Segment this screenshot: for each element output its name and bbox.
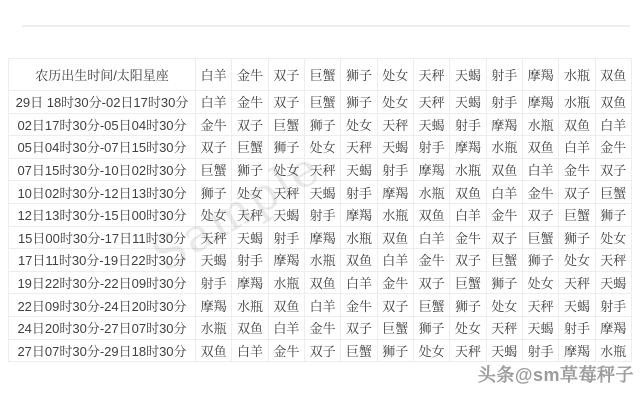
column-header-zodiac: 天蝎 <box>450 59 486 91</box>
zodiac-cell: 狮子 <box>413 316 449 339</box>
zodiac-cell: 射手 <box>341 181 377 204</box>
zodiac-cell: 双鱼 <box>450 181 486 204</box>
zodiac-cell: 白羊 <box>486 181 522 204</box>
zodiac-cell: 双子 <box>595 158 631 181</box>
credit-watermark: 头条@sm草莓秤子 <box>478 361 634 387</box>
zodiac-cell: 摩羯 <box>522 91 558 114</box>
zodiac-cell: 白羊 <box>450 203 486 226</box>
zodiac-cell: 处女 <box>450 316 486 339</box>
time-range-cell: 24日20时30分-27日07时30分 <box>9 316 196 339</box>
zodiac-cell: 双子 <box>413 271 449 294</box>
zodiac-cell: 狮子 <box>486 271 522 294</box>
zodiac-cell: 摩羯 <box>196 294 232 317</box>
zodiac-cell: 天秤 <box>232 203 268 226</box>
zodiac-cell: 双子 <box>232 113 268 136</box>
table-row: 29日 18时30分-02日17时30分白羊金牛双子巨蟹狮子处女天秤天蝎射手摩羯… <box>9 91 632 114</box>
time-range-cell: 29日 18时30分-02日17时30分 <box>9 91 196 114</box>
zodiac-table: 农历出生时间/太阳星座白羊金牛双子巨蟹狮子处女天秤天蝎射手摩羯水瓶双鱼 29日 … <box>8 58 632 362</box>
zodiac-cell: 水瓶 <box>450 158 486 181</box>
zodiac-cell: 巨蟹 <box>377 316 413 339</box>
zodiac-cell: 天蝎 <box>268 203 304 226</box>
zodiac-cell: 天蝎 <box>450 91 486 114</box>
zodiac-cell: 双鱼 <box>268 294 304 317</box>
zodiac-cell: 双子 <box>522 203 558 226</box>
zodiac-cell: 双鱼 <box>413 203 449 226</box>
column-header-zodiac: 双子 <box>268 59 304 91</box>
table-row: 27日07时30分-29日18时30分双鱼白羊金牛双子巨蟹狮子处女天秤天蝎射手摩… <box>9 339 632 362</box>
zodiac-cell: 双鱼 <box>196 339 232 362</box>
zodiac-cell: 射手 <box>413 136 449 159</box>
zodiac-cell: 射手 <box>304 203 340 226</box>
zodiac-cell: 白羊 <box>377 249 413 272</box>
zodiac-cell: 天秤 <box>196 226 232 249</box>
zodiac-cell: 射手 <box>377 158 413 181</box>
zodiac-cell: 白羊 <box>196 91 232 114</box>
zodiac-cell: 摩羯 <box>304 226 340 249</box>
zodiac-cell: 处女 <box>341 113 377 136</box>
zodiac-cell: 狮子 <box>559 226 595 249</box>
zodiac-cell: 水瓶 <box>268 271 304 294</box>
zodiac-cell: 天蝎 <box>304 181 340 204</box>
time-range-cell: 12日13时30分-15日00时30分 <box>9 203 196 226</box>
zodiac-cell: 金牛 <box>413 249 449 272</box>
zodiac-cell: 巨蟹 <box>486 249 522 272</box>
zodiac-cell: 天秤 <box>304 158 340 181</box>
zodiac-cell: 狮子 <box>522 249 558 272</box>
column-header-zodiac: 天秤 <box>413 59 449 91</box>
header-row: 农历出生时间/太阳星座白羊金牛双子巨蟹狮子处女天秤天蝎射手摩羯水瓶双鱼 <box>9 59 632 91</box>
zodiac-cell: 巨蟹 <box>595 181 631 204</box>
column-header-zodiac: 水瓶 <box>559 59 595 91</box>
zodiac-cell: 双子 <box>559 181 595 204</box>
zodiac-cell: 摩羯 <box>486 113 522 136</box>
column-header-zodiac: 处女 <box>377 59 413 91</box>
column-header-zodiac: 双鱼 <box>595 59 631 91</box>
zodiac-cell: 巨蟹 <box>341 339 377 362</box>
zodiac-cell: 白羊 <box>413 226 449 249</box>
zodiac-cell: 天蝎 <box>522 316 558 339</box>
zodiac-cell: 水瓶 <box>559 91 595 114</box>
zodiac-cell: 摩羯 <box>559 339 595 362</box>
zodiac-cell: 金牛 <box>268 339 304 362</box>
zodiac-cell: 射手 <box>268 226 304 249</box>
time-range-cell: 27日07时30分-29日18时30分 <box>9 339 196 362</box>
zodiac-cell: 天秤 <box>595 249 631 272</box>
zodiac-cell: 狮子 <box>450 294 486 317</box>
zodiac-cell: 天秤 <box>522 294 558 317</box>
zodiac-cell: 射手 <box>522 339 558 362</box>
zodiac-cell: 金牛 <box>559 158 595 181</box>
column-header-zodiac: 巨蟹 <box>304 59 340 91</box>
zodiac-cell: 水瓶 <box>486 136 522 159</box>
zodiac-cell: 天蝎 <box>232 226 268 249</box>
zodiac-cell: 处女 <box>196 203 232 226</box>
zodiac-cell: 摩羯 <box>377 181 413 204</box>
time-range-cell: 19日22时30分-22日09时30分 <box>9 271 196 294</box>
zodiac-cell: 天蝎 <box>377 136 413 159</box>
time-range-cell: 02日17时30分-05日04时30分 <box>9 113 196 136</box>
column-header-zodiac: 射手 <box>486 59 522 91</box>
time-range-cell: 10日02时30分-12日13时30分 <box>9 181 196 204</box>
zodiac-cell: 狮子 <box>268 136 304 159</box>
zodiac-cell: 白羊 <box>304 294 340 317</box>
zodiac-cell: 处女 <box>232 181 268 204</box>
zodiac-cell: 巨蟹 <box>559 203 595 226</box>
column-header-zodiac: 金牛 <box>232 59 268 91</box>
zodiac-cell: 天蝎 <box>559 294 595 317</box>
table-header: 农历出生时间/太阳星座白羊金牛双子巨蟹狮子处女天秤天蝎射手摩羯水瓶双鱼 <box>9 59 632 91</box>
zodiac-cell: 白羊 <box>559 136 595 159</box>
zodiac-cell: 金牛 <box>522 181 558 204</box>
zodiac-cell: 摩羯 <box>341 203 377 226</box>
zodiac-cell: 巨蟹 <box>268 113 304 136</box>
zodiac-cell: 摩羯 <box>232 271 268 294</box>
zodiac-table-container: 农历出生时间/太阳星座白羊金牛双子巨蟹狮子处女天秤天蝎射手摩羯水瓶双鱼 29日 … <box>8 58 632 362</box>
zodiac-cell: 金牛 <box>377 271 413 294</box>
zodiac-cell: 巨蟹 <box>304 91 340 114</box>
table-row: 15日00时30分-17日11时30分天秤天蝎射手摩羯水瓶双鱼白羊金牛双子巨蟹狮… <box>9 226 632 249</box>
table-row: 22日09时30分-24日20时30分摩羯水瓶双鱼白羊金牛双子巨蟹狮子处女天秤天… <box>9 294 632 317</box>
zodiac-cell: 双鱼 <box>559 113 595 136</box>
table-row: 02日17时30分-05日04时30分金牛双子巨蟹狮子处女天秤天蝎射手摩羯水瓶双… <box>9 113 632 136</box>
table-row: 17日11时30分-19日22时30分天蝎射手摩羯水瓶双鱼白羊金牛双子巨蟹狮子处… <box>9 249 632 272</box>
zodiac-cell: 金牛 <box>341 294 377 317</box>
zodiac-cell: 金牛 <box>196 113 232 136</box>
zodiac-cell: 金牛 <box>304 316 340 339</box>
zodiac-cell: 天蝎 <box>413 113 449 136</box>
zodiac-cell: 狮子 <box>341 91 377 114</box>
table-row: 19日22时30分-22日09时30分射手摩羯水瓶双鱼白羊金牛双子巨蟹狮子处女天… <box>9 271 632 294</box>
zodiac-cell: 白羊 <box>268 316 304 339</box>
zodiac-cell: 白羊 <box>232 339 268 362</box>
zodiac-cell: 水瓶 <box>413 181 449 204</box>
zodiac-cell: 天秤 <box>413 91 449 114</box>
zodiac-cell: 狮子 <box>595 203 631 226</box>
zodiac-cell: 处女 <box>377 91 413 114</box>
time-range-cell: 15日00时30分-17日11时30分 <box>9 226 196 249</box>
zodiac-cell: 处女 <box>559 249 595 272</box>
zodiac-cell: 巨蟹 <box>522 226 558 249</box>
zodiac-cell: 摩羯 <box>268 249 304 272</box>
table-row: 24日20时30分-27日07时30分水瓶双鱼白羊金牛双子巨蟹狮子处女天秤天蝎射… <box>9 316 632 339</box>
zodiac-cell: 狮子 <box>232 158 268 181</box>
zodiac-cell: 巨蟹 <box>232 136 268 159</box>
zodiac-cell: 处女 <box>595 226 631 249</box>
zodiac-cell: 水瓶 <box>341 226 377 249</box>
zodiac-cell: 双子 <box>377 294 413 317</box>
zodiac-cell: 水瓶 <box>304 249 340 272</box>
zodiac-cell: 金牛 <box>595 136 631 159</box>
table-row: 07日15时30分-10日02时30分巨蟹狮子处女天秤天蝎射手摩羯水瓶双鱼白羊金… <box>9 158 632 181</box>
zodiac-cell: 天秤 <box>341 136 377 159</box>
zodiac-cell: 双鱼 <box>341 249 377 272</box>
zodiac-cell: 巨蟹 <box>450 271 486 294</box>
zodiac-cell: 双鱼 <box>304 271 340 294</box>
zodiac-cell: 天蝎 <box>196 249 232 272</box>
zodiac-cell: 狮子 <box>196 181 232 204</box>
zodiac-cell: 双鱼 <box>377 226 413 249</box>
zodiac-cell: 白羊 <box>522 158 558 181</box>
zodiac-cell: 摩羯 <box>450 136 486 159</box>
zodiac-cell: 处女 <box>413 339 449 362</box>
top-divider <box>22 25 630 27</box>
zodiac-cell: 双子 <box>341 316 377 339</box>
zodiac-cell: 天秤 <box>450 339 486 362</box>
zodiac-cell: 天蝎 <box>341 158 377 181</box>
zodiac-cell: 射手 <box>196 271 232 294</box>
zodiac-cell: 水瓶 <box>522 113 558 136</box>
zodiac-cell: 双鱼 <box>232 316 268 339</box>
zodiac-cell: 双子 <box>450 249 486 272</box>
zodiac-cell: 双子 <box>304 339 340 362</box>
time-range-cell: 05日04时30分-07日15时30分 <box>9 136 196 159</box>
zodiac-cell: 处女 <box>304 136 340 159</box>
time-range-cell: 22日09时30分-24日20时30分 <box>9 294 196 317</box>
zodiac-cell: 双鱼 <box>595 91 631 114</box>
column-header-zodiac: 摩羯 <box>522 59 558 91</box>
zodiac-cell: 白羊 <box>595 113 631 136</box>
column-header-zodiac: 狮子 <box>341 59 377 91</box>
zodiac-cell: 天蝎 <box>486 339 522 362</box>
zodiac-cell: 天蝎 <box>595 271 631 294</box>
zodiac-cell: 金牛 <box>450 226 486 249</box>
zodiac-cell: 金牛 <box>232 91 268 114</box>
table-body: 29日 18时30分-02日17时30分白羊金牛双子巨蟹狮子处女天秤天蝎射手摩羯… <box>9 91 632 362</box>
zodiac-cell: 天秤 <box>559 271 595 294</box>
zodiac-cell: 处女 <box>486 294 522 317</box>
table-row: 12日13时30分-15日00时30分处女天秤天蝎射手摩羯水瓶双鱼白羊金牛双子巨… <box>9 203 632 226</box>
zodiac-cell: 巨蟹 <box>196 158 232 181</box>
zodiac-cell: 射手 <box>559 316 595 339</box>
zodiac-cell: 天秤 <box>377 113 413 136</box>
zodiac-cell: 天秤 <box>486 316 522 339</box>
zodiac-cell: 处女 <box>268 158 304 181</box>
zodiac-cell: 天秤 <box>268 181 304 204</box>
zodiac-cell: 狮子 <box>377 339 413 362</box>
column-header-time: 农历出生时间/太阳星座 <box>9 59 196 91</box>
zodiac-cell: 金牛 <box>486 203 522 226</box>
zodiac-cell: 射手 <box>486 91 522 114</box>
zodiac-cell: 摩羯 <box>413 158 449 181</box>
zodiac-cell: 水瓶 <box>232 294 268 317</box>
zodiac-cell: 双鱼 <box>522 136 558 159</box>
zodiac-cell: 处女 <box>522 271 558 294</box>
zodiac-cell: 白羊 <box>341 271 377 294</box>
zodiac-cell: 射手 <box>450 113 486 136</box>
zodiac-cell: 双鱼 <box>486 158 522 181</box>
zodiac-cell: 巨蟹 <box>413 294 449 317</box>
time-range-cell: 17日11时30分-19日22时30分 <box>9 249 196 272</box>
zodiac-cell: 射手 <box>595 294 631 317</box>
zodiac-cell: 双子 <box>486 226 522 249</box>
zodiac-cell: 双子 <box>196 136 232 159</box>
column-header-zodiac: 白羊 <box>196 59 232 91</box>
table-row: 10日02时30分-12日13时30分狮子处女天秤天蝎射手摩羯水瓶双鱼白羊金牛双… <box>9 181 632 204</box>
zodiac-cell: 狮子 <box>304 113 340 136</box>
zodiac-cell: 水瓶 <box>595 339 631 362</box>
zodiac-cell: 摩羯 <box>595 316 631 339</box>
zodiac-cell: 双子 <box>268 91 304 114</box>
table-row: 05日04时30分-07日15时30分双子巨蟹狮子处女天秤天蝎射手摩羯水瓶双鱼白… <box>9 136 632 159</box>
zodiac-cell: 水瓶 <box>196 316 232 339</box>
zodiac-cell: 射手 <box>232 249 268 272</box>
zodiac-cell: 水瓶 <box>377 203 413 226</box>
time-range-cell: 07日15时30分-10日02时30分 <box>9 158 196 181</box>
